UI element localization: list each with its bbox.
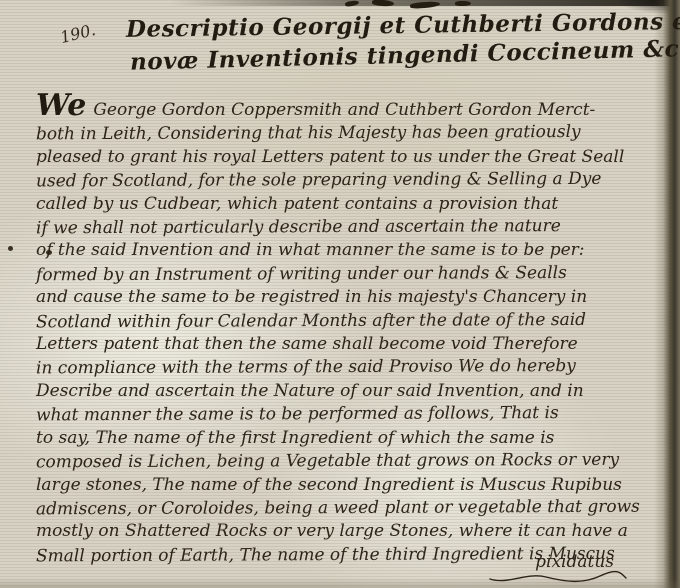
body-line: of the said Invention and in what manner…: [36, 239, 650, 262]
body-line: in compliance with the terms of the said…: [36, 355, 650, 381]
body-line: formed by an Instrument of writing under…: [36, 262, 650, 288]
body-line: mostly on Shattered Rocks or very large …: [36, 520, 650, 543]
body-line: called by us Cudbear, which patent conta…: [36, 193, 650, 216]
body-line: to say, The name of the first Ingredient…: [36, 427, 650, 450]
cropped-text-remnant: [410, 1, 440, 9]
manuscript-page: 190. Descriptio Georgij et Cuthberti Gor…: [0, 0, 680, 588]
body-line: large stones, The name of the second Ing…: [36, 474, 650, 497]
body-line: Letters patent that then the same shall …: [36, 333, 650, 356]
body-line: admiscens, or Coroloides, being a weed p…: [36, 496, 650, 522]
document-heading: Descriptio Georgij et Cuthberti Gordons …: [126, 12, 674, 69]
body-line: both in Leith, Considering that his Maje…: [36, 121, 650, 147]
ink-spot: [8, 246, 13, 251]
body-line: Describe and ascertain the Nature of our…: [36, 380, 650, 403]
body-line: what manner the same is to be performed …: [36, 402, 650, 428]
opening-initial-word: We: [36, 94, 86, 117]
catchword-flourish: [488, 570, 628, 586]
body-line: pleased to grant his royal Letters paten…: [36, 146, 650, 169]
body-line: if we shall not particularly describe an…: [36, 215, 650, 241]
body-line: Scotland within four Calendar Months aft…: [36, 308, 650, 334]
catchword: pixidatus: [535, 552, 614, 572]
body-line: We George Gordon Coppersmith and Cuthber…: [36, 94, 650, 122]
page-edge-shadow: [654, 0, 680, 588]
manuscript-body: We George Gordon Coppersmith and Cuthber…: [36, 94, 650, 567]
margin-folio-number: 190.: [58, 20, 97, 47]
body-line: used for Scotland, for the sole preparin…: [36, 168, 650, 194]
body-line-text: George Gordon Coppersmith and Cuthbert G…: [93, 99, 595, 122]
body-line: composed is Lichen, being a Vegetable th…: [36, 449, 650, 475]
body-line: and cause the same to be registred in hi…: [36, 286, 650, 309]
